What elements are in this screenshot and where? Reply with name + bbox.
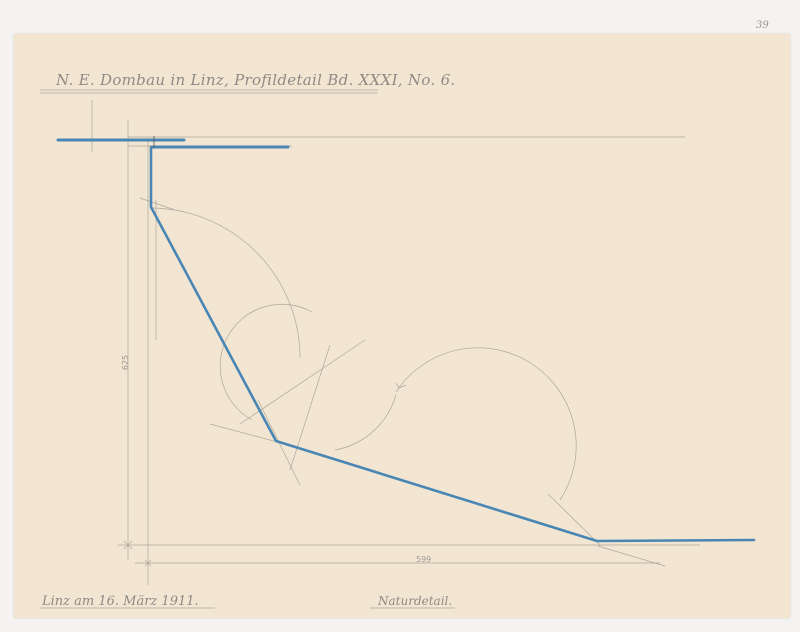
blue-profile-line bbox=[58, 140, 754, 541]
place-date-signature: Linz am 16. März 1911. bbox=[42, 594, 199, 609]
drawing-title: N. E. Dombau in Linz, Profildetail Bd. X… bbox=[56, 71, 455, 89]
sheet-number: 39 bbox=[756, 20, 769, 31]
profile-drawing bbox=[0, 0, 800, 632]
construction-lines bbox=[40, 90, 700, 608]
horizontal-dimension-label: 599 bbox=[416, 555, 431, 564]
drawing-caption: Naturdetail. bbox=[378, 594, 452, 608]
vertical-dimension-label: 625 bbox=[121, 355, 130, 370]
